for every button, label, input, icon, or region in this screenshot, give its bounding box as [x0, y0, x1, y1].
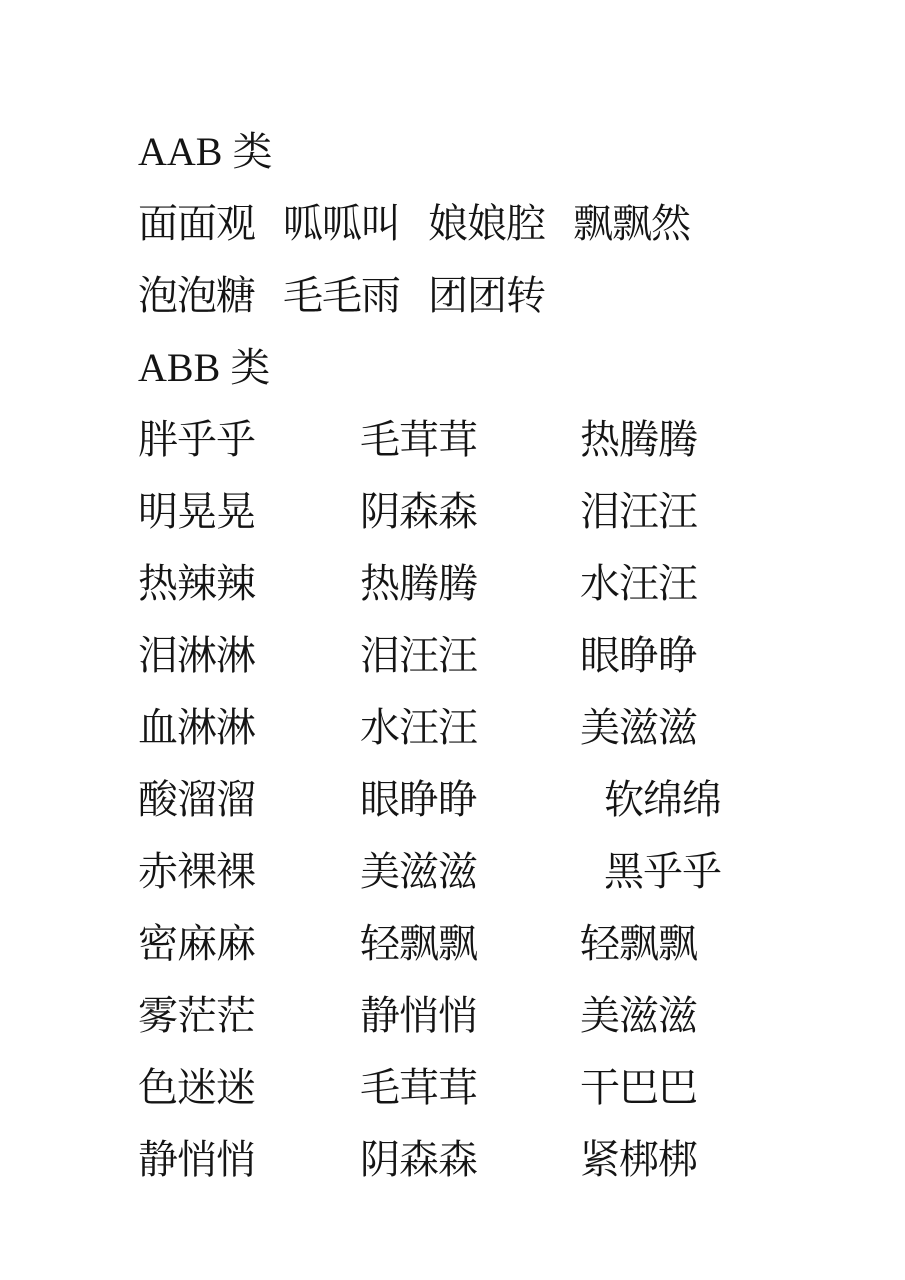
abb-word-row: 密麻麻 轻飘飘 轻飘飘	[138, 904, 865, 976]
abb-word-row: 血淋淋 水汪汪 美滋滋	[138, 688, 865, 760]
word: 美滋滋	[360, 840, 580, 897]
word: 黑乎乎	[604, 840, 721, 897]
section-heading-aab: AAB 类	[138, 112, 865, 184]
word: 热腾腾	[580, 408, 697, 465]
word: 泪淋淋	[138, 624, 360, 681]
word: 娘娘腔	[428, 192, 545, 249]
word: 干巴巴	[580, 1056, 697, 1113]
word: 静悄悄	[360, 984, 580, 1041]
word: 眼睁睁	[360, 768, 580, 825]
aab-word-row: 泡泡糖 毛毛雨 团团转	[138, 256, 865, 328]
word: 软绵绵	[604, 768, 721, 825]
word: 静悄悄	[138, 1128, 360, 1185]
word: 紧梆梆	[580, 1128, 697, 1185]
word: 毛茸茸	[360, 1056, 580, 1113]
word: 眼睁睁	[580, 624, 697, 681]
word: 水汪汪	[360, 696, 580, 753]
section-heading-aab-label: AAB 类	[138, 120, 272, 177]
word: 轻飘飘	[360, 912, 580, 969]
word: 面面观	[138, 192, 255, 249]
word: 密麻麻	[138, 912, 360, 969]
word: 美滋滋	[580, 696, 697, 753]
word: 泪汪汪	[360, 624, 580, 681]
word: 美滋滋	[580, 984, 697, 1041]
word: 水汪汪	[580, 552, 697, 609]
abb-word-row: 赤裸裸 美滋滋 黑乎乎	[138, 832, 865, 904]
word: 轻飘飘	[580, 912, 697, 969]
word: 热辣辣	[138, 552, 360, 609]
section-heading-abb: ABB 类	[138, 328, 865, 400]
word: 血淋淋	[138, 696, 360, 753]
word: 毛茸茸	[360, 408, 580, 465]
word: 团团转	[428, 264, 545, 321]
section-heading-abb-label: ABB 类	[138, 336, 270, 393]
word: 酸溜溜	[138, 768, 360, 825]
abb-word-row: 泪淋淋 泪汪汪 眼睁睁	[138, 616, 865, 688]
word: 热腾腾	[360, 552, 580, 609]
word: 明晃晃	[138, 480, 360, 537]
abb-word-row: 色迷迷 毛茸茸 干巴巴	[138, 1048, 865, 1120]
abb-word-row: 静悄悄 阴森森 紧梆梆	[138, 1120, 865, 1192]
word: 赤裸裸	[138, 840, 360, 897]
word: 色迷迷	[138, 1056, 360, 1113]
abb-word-row: 明晃晃 阴森森 泪汪汪	[138, 472, 865, 544]
word: 阴森森	[360, 1128, 580, 1185]
word: 泪汪汪	[580, 480, 697, 537]
word: 胖乎乎	[138, 408, 360, 465]
abb-word-row: 酸溜溜 眼睁睁 软绵绵	[138, 760, 865, 832]
abb-word-row: 胖乎乎 毛茸茸 热腾腾	[138, 400, 865, 472]
word: 飘飘然	[573, 192, 690, 249]
document-page: AAB 类 面面观 呱呱叫 娘娘腔 飘飘然 泡泡糖 毛毛雨 团团转 ABB 类 …	[0, 0, 905, 1280]
word: 毛毛雨	[283, 264, 400, 321]
word: 呱呱叫	[283, 192, 400, 249]
abb-word-row: 雾茫茫 静悄悄 美滋滋	[138, 976, 865, 1048]
word: 雾茫茫	[138, 984, 360, 1041]
abb-word-row: 热辣辣 热腾腾 水汪汪	[138, 544, 865, 616]
word: 泡泡糖	[138, 264, 255, 321]
aab-word-row: 面面观 呱呱叫 娘娘腔 飘飘然	[138, 184, 865, 256]
word: 阴森森	[360, 480, 580, 537]
